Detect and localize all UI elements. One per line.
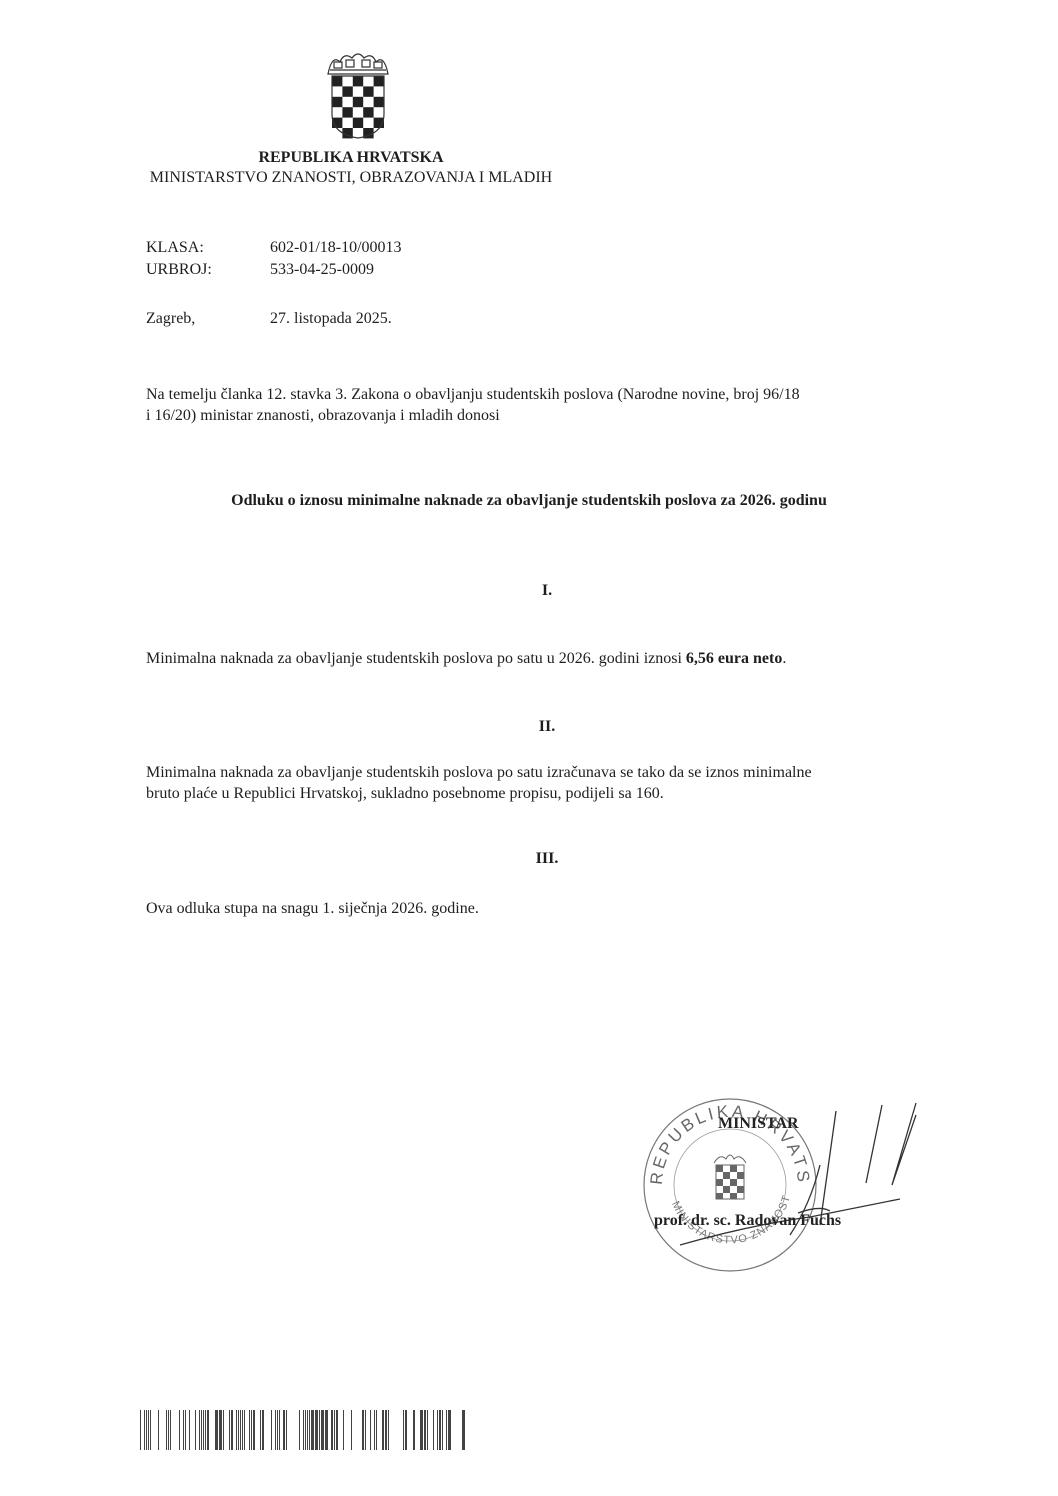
section-1-number: I. bbox=[0, 582, 1058, 600]
handwritten-signature-icon bbox=[670, 1085, 930, 1275]
klasa-value: 602-01/18-10/00013 bbox=[270, 238, 402, 258]
klasa-row: KLASA: 602-01/18-10/00013 bbox=[0, 238, 1058, 258]
urbroj-row: URBROJ: 533-04-25-0009 bbox=[0, 260, 1058, 280]
date-row: Zagreb, 27. listopada 2025. bbox=[0, 309, 1058, 329]
section-1-text: Minimalna naknada za obavljanje students… bbox=[146, 648, 936, 669]
urbroj-value: 533-04-25-0009 bbox=[270, 260, 374, 280]
section-2-line-2: bruto plaće u Republici Hrvatskoj, sukla… bbox=[146, 785, 664, 802]
amount-highlight: 6,56 eura neto bbox=[686, 650, 782, 667]
preamble: Na temelju članka 12. stavka 3. Zakona o… bbox=[146, 384, 936, 426]
coat-of-arms-icon bbox=[322, 48, 394, 140]
country-heading: REPUBLIKA HRVATSKA bbox=[0, 148, 702, 168]
section-2-line-1: Minimalna naknada za obavljanje students… bbox=[146, 764, 812, 781]
section-1-tail: . bbox=[782, 650, 786, 667]
klasa-label: KLASA: bbox=[146, 238, 204, 258]
signatory-name: prof. dr. sc. Radovan Fuchs bbox=[654, 1212, 841, 1230]
ministry-heading: MINISTARSTVO ZNANOSTI, OBRAZOVANJA I MLA… bbox=[0, 168, 702, 188]
date-value: 27. listopada 2025. bbox=[270, 309, 392, 329]
signature-block: REPUBLIKA HRVATSKA MINISTARSTVO ZNANOSTI… bbox=[630, 1085, 930, 1285]
barcode-icon bbox=[140, 1410, 470, 1450]
place-label: Zagreb, bbox=[146, 309, 195, 329]
section-2-number: II. bbox=[0, 718, 1058, 736]
preamble-line-1: Na temelju članka 12. stavka 3. Zakona o… bbox=[146, 386, 800, 403]
preamble-line-2: i 16/20) ministar znanosti, obrazovanja … bbox=[146, 407, 500, 424]
section-2-text: Minimalna naknada za obavljanje students… bbox=[146, 762, 936, 804]
urbroj-label: URBROJ: bbox=[146, 260, 212, 280]
section-3-number: III. bbox=[0, 850, 1058, 868]
decision-title: Odluku o iznosu minimalne naknade za oba… bbox=[0, 492, 1058, 510]
section-3-text: Ova odluka stupa na snagu 1. siječnja 20… bbox=[146, 898, 936, 919]
section-1-body: Minimalna naknada za obavljanje students… bbox=[146, 650, 686, 667]
